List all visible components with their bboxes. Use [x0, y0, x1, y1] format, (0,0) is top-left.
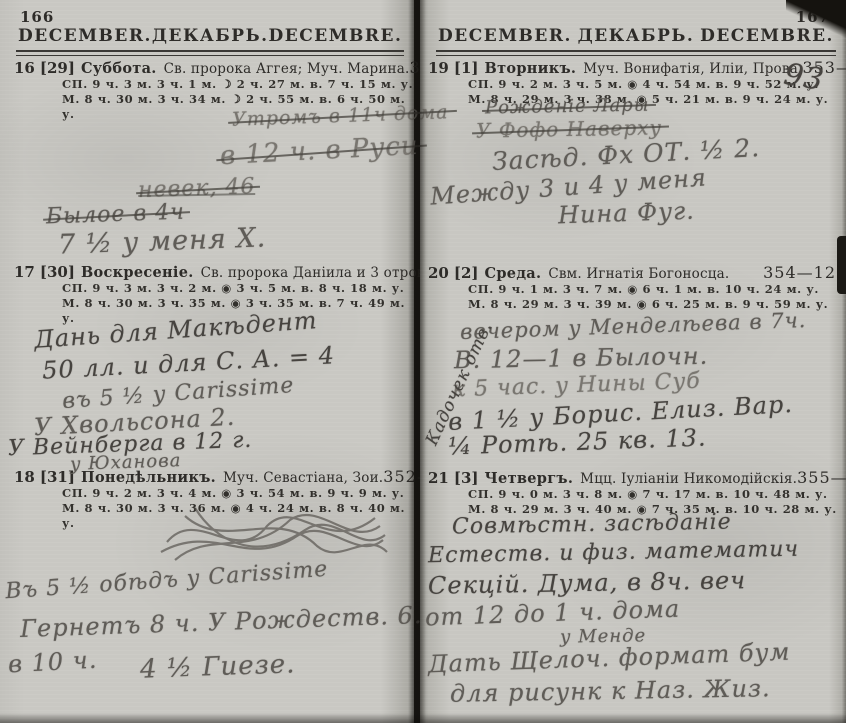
- page-right: 167 DECEMBER. ДЕКАБРЬ. DECEMBRE. 19 [1] …: [420, 0, 846, 723]
- handwritten-note: в 12 ч. в Руси: [219, 131, 419, 171]
- handwritten-note: Нина Фуг.: [558, 197, 696, 230]
- handwritten-note: Секцій. Дума, в 8ч. веч: [428, 566, 747, 600]
- photo-corner-shadow: [786, 0, 846, 46]
- month-russian: ДЕКАБРЬ.: [152, 26, 269, 46]
- calendar-entry-dec21: 21 [3] Четвергъ. Мцц. Іуліаніи Никомодій…: [420, 468, 846, 517]
- entry-heading: 21 [3] Четвергъ. Мцц. Іуліаніи Никомодій…: [420, 468, 846, 487]
- handwritten-note: Дать Щелоч. формат бум: [428, 638, 791, 679]
- astro-line-spb: СП. 9 ч. 3 м. 3 ч. 1 м. ☽ 2 ч. 27 м. в. …: [0, 77, 414, 92]
- handwritten-page-note: 93: [781, 57, 827, 98]
- page-left: 166 DECEMBER. ДЕКАБРЬ. DECEMBRE. 16 [29]…: [0, 0, 414, 723]
- day-number: 21: [428, 469, 449, 487]
- handwritten-note: Естеств. и физ. математич: [428, 537, 799, 568]
- handwritten-note: у Юханова: [70, 450, 182, 475]
- entry-heading: 18 [31] Понедѣльникъ. Муч. Севастіана, З…: [0, 467, 414, 486]
- day-number: 18: [14, 468, 35, 486]
- astro-line-spb: СП. 9 ч. 0 м. 3 ч. 8 м. ◉ 7 ч. 17 м. в. …: [420, 487, 846, 502]
- weekday-name: Четвергъ.: [485, 470, 574, 487]
- month-header-right: DECEMBER. ДЕКАБРЬ. DECEMBRE.: [438, 26, 834, 46]
- weekday-name: Вторникъ.: [485, 60, 577, 77]
- page-edge-shadow: [837, 236, 846, 294]
- astro-line-spb: СП. 9 ч. 1 м. 3 ч. 7 м. ◉ 6 ч. 1 м. в. 1…: [420, 282, 846, 297]
- entry-heading: 17 [30] Воскресеніе. Св. пророка Даніила…: [0, 262, 414, 281]
- old-style-date: [29]: [40, 59, 75, 77]
- book-gutter-shadow: [408, 0, 426, 723]
- handwritten-note: вечером у Менделѣева в 7ч.: [460, 308, 807, 344]
- saints-of-day: Муч. Вонифатія, Иліи, Прова.: [583, 61, 802, 77]
- day-number: 20: [428, 264, 449, 282]
- old-style-date: [3]: [454, 469, 479, 487]
- month-french: DECEMBRE.: [269, 26, 403, 46]
- weekday-name: Воскресеніе.: [81, 264, 194, 281]
- day-of-year-count: 354—12: [763, 263, 836, 282]
- handwritten-note: Совмѣстн. засѣданіе: [452, 510, 732, 540]
- month-english: DECEMBER.: [18, 26, 152, 46]
- day-of-year-count: 355—11: [797, 468, 846, 487]
- weekday-name: Суббота.: [81, 60, 157, 77]
- header-rule: [16, 50, 404, 56]
- month-header-left: DECEMBER. ДЕКАБРЬ. DECEMBRE.: [18, 26, 402, 46]
- saints-of-day: Свм. Игнатія Богоносца.: [548, 266, 729, 282]
- entry-heading: 19 [1] Вторникъ. Муч. Вонифатія, Иліи, П…: [420, 58, 846, 77]
- handwritten-note: 7 ½ у меня Х.: [58, 222, 267, 260]
- saints-of-day: Муч. Севастіана, Зои.: [223, 470, 383, 486]
- handwritten-note: Гернетъ 8 ч. У Рождеств. 6.: [20, 601, 423, 643]
- entry-heading: 20 [2] Среда. Свм. Игнатія Богоносца. 35…: [420, 263, 846, 282]
- handwritten-note: для рисунк к Наз. Жиз.: [450, 674, 771, 708]
- old-style-date: [1]: [454, 59, 479, 77]
- bottom-edge-shadow: [0, 713, 846, 723]
- weekday-name: Среда.: [485, 265, 542, 282]
- handwritten-note: невек, 46: [138, 174, 256, 203]
- day-number: 16: [14, 59, 35, 77]
- handwritten-note: Рожденіе Лары: [485, 95, 650, 119]
- header-rule: [436, 50, 836, 56]
- diary-scan: 166 DECEMBER. ДЕКАБРЬ. DECEMBRE. 16 [29]…: [0, 0, 846, 723]
- month-english: DECEMBER.: [438, 26, 572, 46]
- saints-of-day: Св. пророка Аггея; Муч. Марина.: [164, 61, 410, 77]
- month-russian: ДЕКАБРЬ.: [578, 26, 695, 46]
- old-style-date: [2]: [454, 264, 479, 282]
- handwritten-note: в 10 ч.: [7, 646, 98, 679]
- handwritten-note: 4 ½ Гиезе.: [140, 649, 296, 684]
- astro-line-spb: СП. 9 ч. 2 м. 3 ч. 4 м. ◉ 3 ч. 54 м. в. …: [0, 486, 414, 501]
- day-number: 17: [14, 263, 35, 281]
- day-number: 19: [428, 59, 449, 77]
- entry-heading: 16 [29] Суббота. Св. пророка Аггея; Муч.…: [0, 58, 414, 77]
- page-number-left: 166: [20, 8, 54, 26]
- astro-line-spb: СП. 9 ч. 3 м. 3 ч. 2 м. ◉ 3 ч. 5 м. в. 8…: [0, 281, 414, 296]
- calendar-entry-dec20: 20 [2] Среда. Свм. Игнатія Богоносца. 35…: [420, 263, 846, 312]
- old-style-date: [30]: [40, 263, 75, 281]
- saints-of-day: Мцц. Іуліаніи Никомодійскія.: [580, 471, 797, 487]
